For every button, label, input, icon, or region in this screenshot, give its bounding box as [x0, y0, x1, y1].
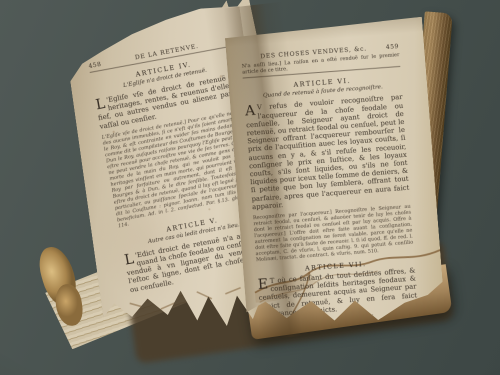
left-page-number: 458 [88, 61, 102, 70]
right-page: DES CHOSES VENDVES, &c. 459 N'a auſſi li… [224, 17, 445, 334]
right-page-print: DES CHOSES VENDVES, &c. 459 N'a auſſi li… [241, 43, 419, 329]
photo-of-open-antique-book: 458 DE LA RETENVE. ARTICLE IV. L'Egliſe … [0, 0, 500, 375]
right-page-number: 459 [386, 43, 399, 51]
article-vi-body: AV refus de vouloir recognoiſtre par l'a… [245, 93, 410, 211]
dropcap-L: L [124, 253, 135, 266]
article-vi-body-text: V refus de vouloir recognoiſtre par l'ac… [246, 93, 410, 211]
dropcap-A: A [245, 105, 256, 118]
dropcap-L: L [95, 98, 106, 111]
dropcap-E: E [257, 278, 268, 291]
article-vi-commentary: Recognoiſtre par l'acquereur.] Recognoiſ… [253, 204, 414, 263]
